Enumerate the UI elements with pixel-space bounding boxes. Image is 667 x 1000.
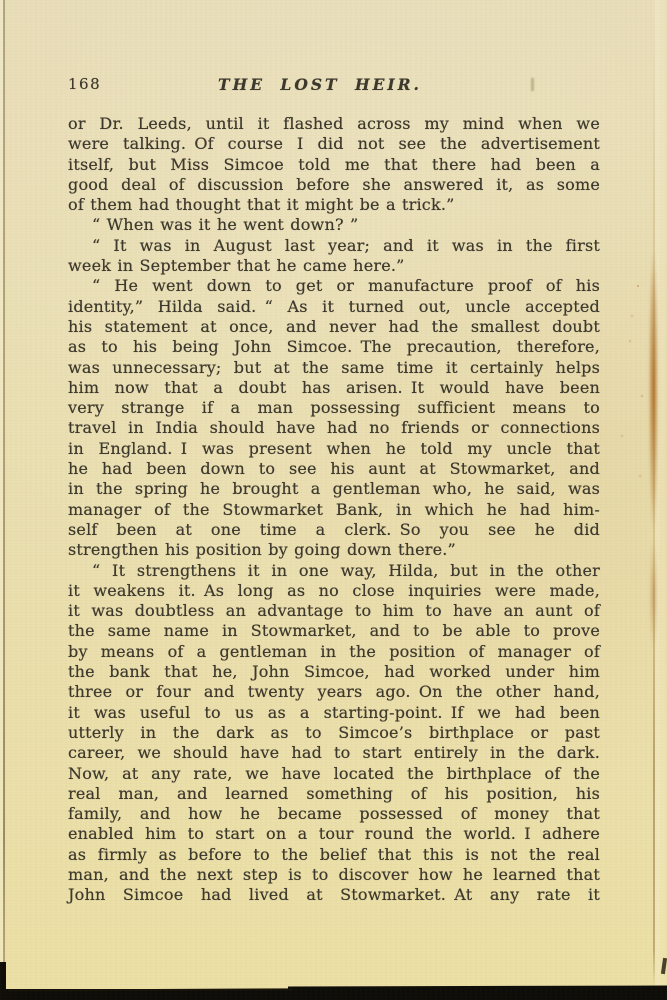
paragraph: “ It strengthens it in one way, Hilda, b… [68,561,600,906]
ink-stain-tail-artifact [649,520,658,670]
text-line: “ It strengthens it in one way, Hilda, b… [68,561,600,581]
text-line: “ When was it he went down? ” [68,215,600,235]
text-line: family, and how he became possessed of m… [68,804,600,824]
text-line: John Simcoe had lived at Stowmarket. At … [68,885,600,905]
text-line: very strange if a man possessing suffici… [68,398,600,418]
text-line: self been at one time a clerk. So you se… [68,520,600,540]
page-left-edge-line [3,0,5,989]
text-block: 168 THE LOST HEIR. or Dr. Leeds, until i… [68,75,600,906]
text-line: he had been down to see his aunt at Stow… [68,459,600,479]
text-line: the bank that he, John Simcoe, had worke… [68,662,600,682]
paragraph: “ He went down to get or manufacture pro… [68,276,600,560]
text-line: were talking. Of course I did not see th… [68,134,600,154]
page-header: 168 THE LOST HEIR. [68,75,600,95]
text-line: it was useful to us as a starting-point.… [68,703,600,723]
text-line: three or four and twenty years ago. On t… [68,682,600,702]
text-line: it weakens it. As long as no close inqui… [68,581,600,601]
text-line: utterly in the dark as to Simcoe’s birth… [68,723,600,743]
running-title: THE LOST HEIR. [54,75,586,94]
text-line: good deal of discussion before she answe… [68,175,600,195]
text-line: itself, but Miss Simcoe told me that the… [68,155,600,175]
page-body: or Dr. Leeds, until it flashed across my… [68,114,600,906]
paragraph: or Dr. Leeds, until it flashed across my… [68,114,600,215]
text-line: manager of the Stowmarket Bank, in which… [68,500,600,520]
text-line: week in September that he came here.” [68,256,600,276]
text-line: him now that a doubt has arisen. It woul… [68,378,600,398]
text-line: the same name in Stowmarket, and to be a… [68,621,600,641]
text-line: as to his being John Simcoe. The precaut… [68,337,600,357]
text-line: in the spring he brought a gentleman who… [68,479,600,499]
paragraph: “ It was in August last year; and it was… [68,236,600,277]
text-line: it was doubtless an advantage to him to … [68,601,600,621]
text-line: as firmly as before to the belief that t… [68,845,600,865]
text-line: or Dr. Leeds, until it flashed across my… [68,114,600,134]
text-line: travel in India should have had no frien… [68,418,600,438]
scanned-book-page: 168 THE LOST HEIR. or Dr. Leeds, until i… [0,0,667,1000]
text-line: in England. I was present when he told m… [68,439,600,459]
text-line: identity,” Hilda said. “ As it turned ou… [68,297,600,317]
scanner-bed-step [288,986,667,1000]
text-line: man, and the next step is to discover ho… [68,865,600,885]
text-line: real man, and learned something of his p… [68,784,600,804]
text-line: “ It was in August last year; and it was… [68,236,600,256]
text-line: enabled him to start on a tour round the… [68,824,600,844]
text-line: was unnecessary; but at the same time it… [68,358,600,378]
text-line: his statement at once, and never had the… [68,317,600,337]
text-line: by means of a gentleman in the position … [68,642,600,662]
text-line: strengthen his position by going down th… [68,540,600,560]
paragraph: “ When was it he went down? ” [68,215,600,235]
text-line: of them had thought that it might be a t… [68,195,600,215]
foxing-spots-artifact [637,285,639,287]
print-smudge-artifact [531,78,534,91]
scan-corner-shadow-left [0,962,6,1000]
ink-stain-artifact [647,208,660,573]
text-line: Now, at any rate, we have located the bi… [68,764,600,784]
text-line: “ He went down to get or manufacture pro… [68,276,600,296]
text-line: career, we should have had to start enti… [68,743,600,763]
